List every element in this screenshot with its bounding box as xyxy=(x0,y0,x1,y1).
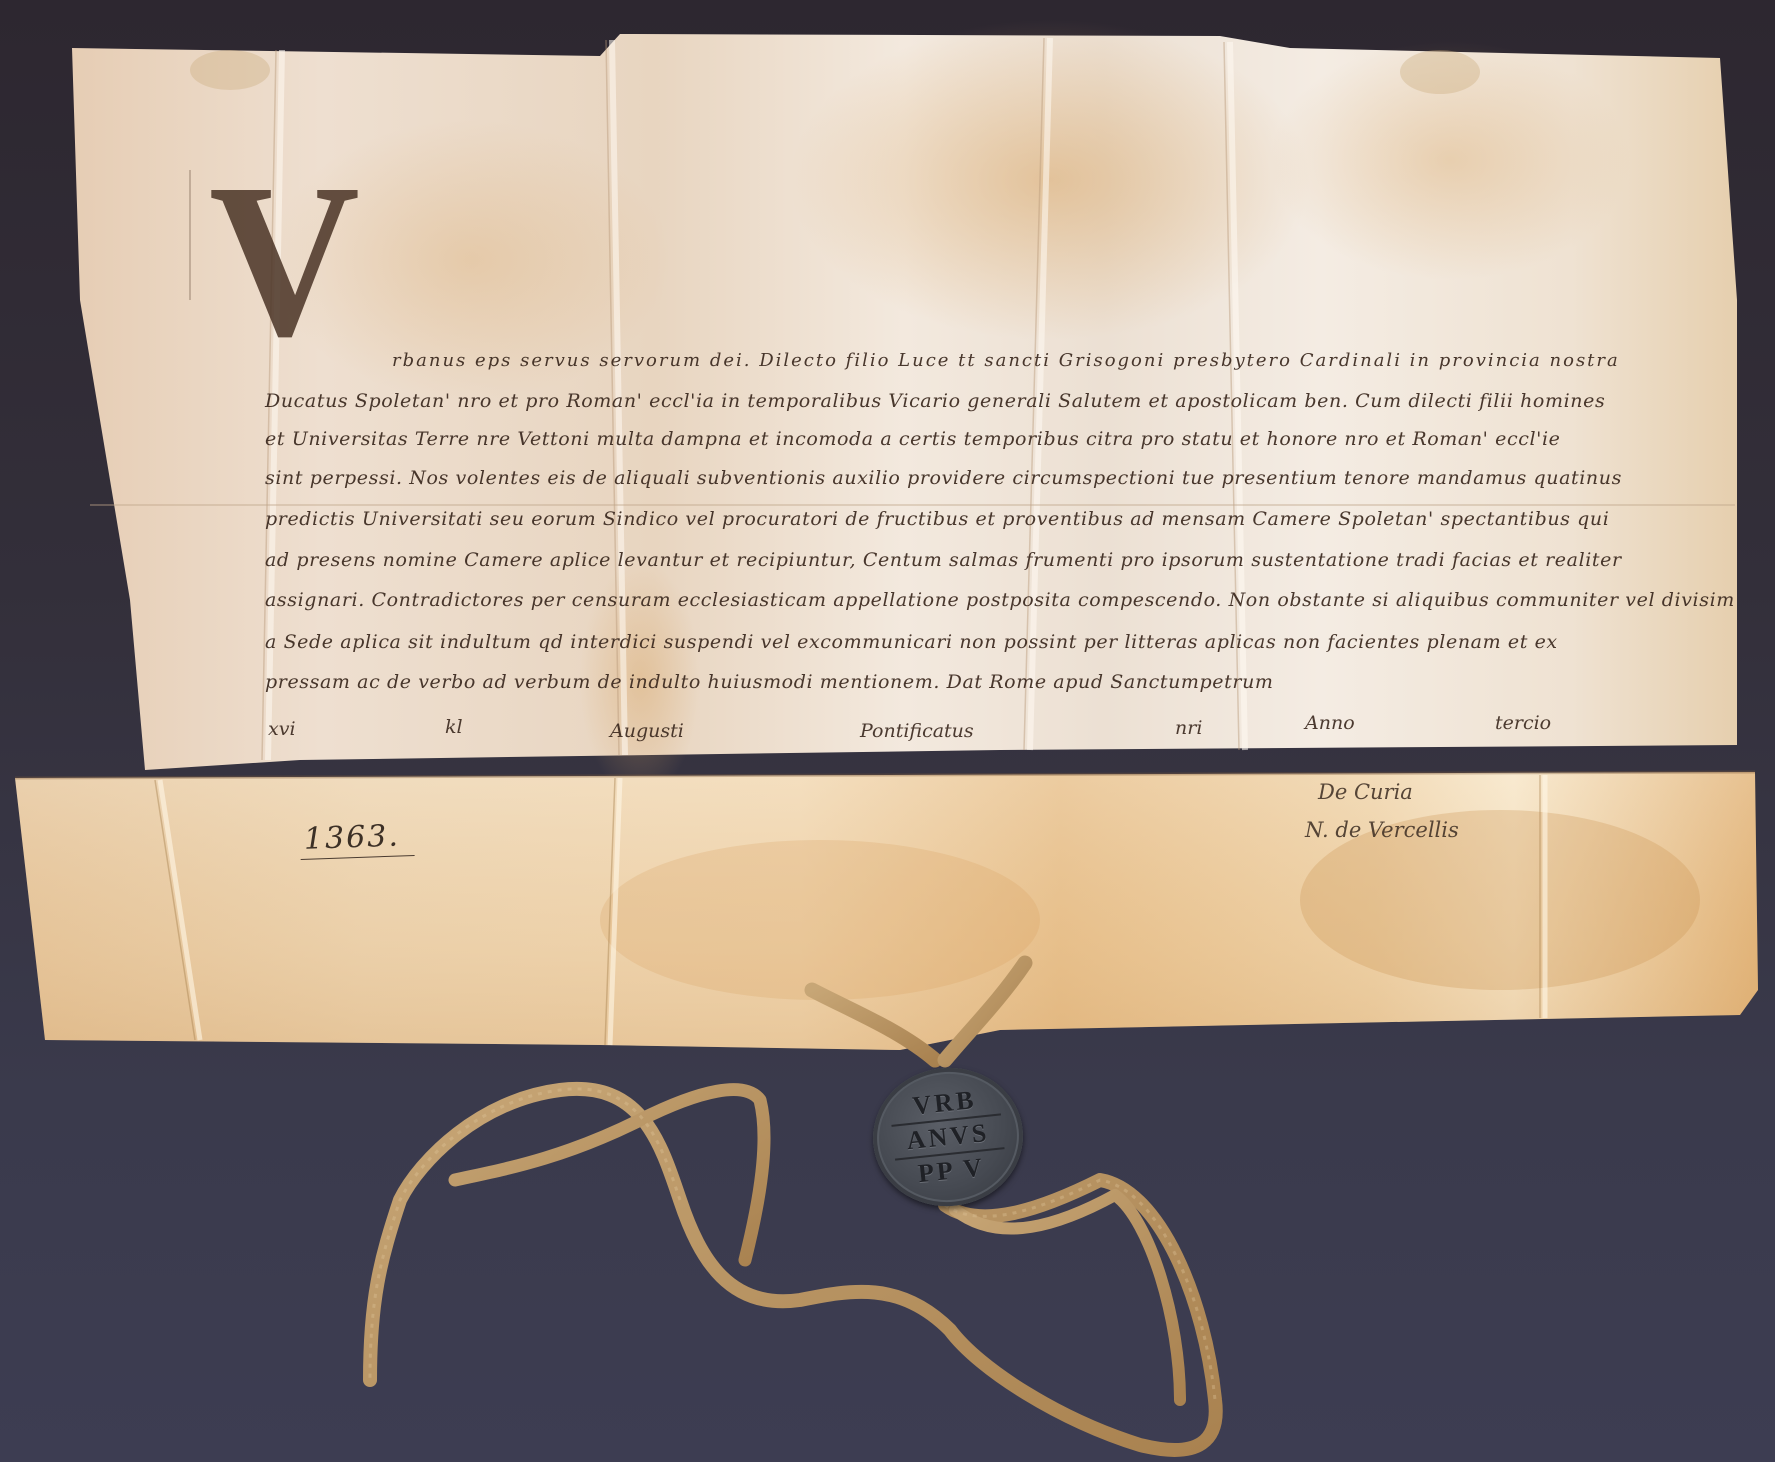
dating-year: tercio xyxy=(1495,712,1551,734)
document-photograph: V rbanus eps servus servorum dei. Dilect… xyxy=(0,0,1775,1462)
seal-line-3: PP V xyxy=(917,1152,987,1189)
dating-month: Augusti xyxy=(610,720,684,742)
illuminated-initial: V xyxy=(209,150,360,370)
dating-kalends: kl xyxy=(445,716,463,738)
document-text: V rbanus eps servus servorum dei. Dilect… xyxy=(0,0,1775,1462)
text-line-5: predictis Universitati seu eorum Sindico… xyxy=(265,508,1609,530)
text-line-6: ad presens nomine Camere aplice levantur… xyxy=(265,549,1622,571)
text-line-1: rbanus eps servus servorum dei. Dilecto … xyxy=(392,350,1620,371)
text-line-7: assignari. Contradictores per censuram e… xyxy=(265,589,1735,611)
dating-anno: Anno xyxy=(1305,712,1355,734)
text-line-4: sint perpessi. Nos volentes eis de aliqu… xyxy=(265,467,1622,489)
dating-day: xvi xyxy=(268,718,296,740)
text-line-3: et Universitas Terre nre Vettoni multa d… xyxy=(265,428,1561,450)
text-line-2: Ducatus Spoletan' nro et pro Roman' eccl… xyxy=(265,390,1605,412)
text-line-9: pressam ac de verbo ad verbum de indulto… xyxy=(265,671,1274,693)
text-line-8: a Sede aplica sit indultum qd interdici … xyxy=(265,631,1558,653)
dating-nostri: nri xyxy=(1175,717,1202,739)
archival-date-note: 1363. xyxy=(299,818,414,860)
chancery-note-de-curia: De Curia xyxy=(1318,780,1413,804)
chancery-note-scribe: N. de Vercellis xyxy=(1305,818,1459,842)
dating-pontificatus: Pontificatus xyxy=(860,720,974,742)
